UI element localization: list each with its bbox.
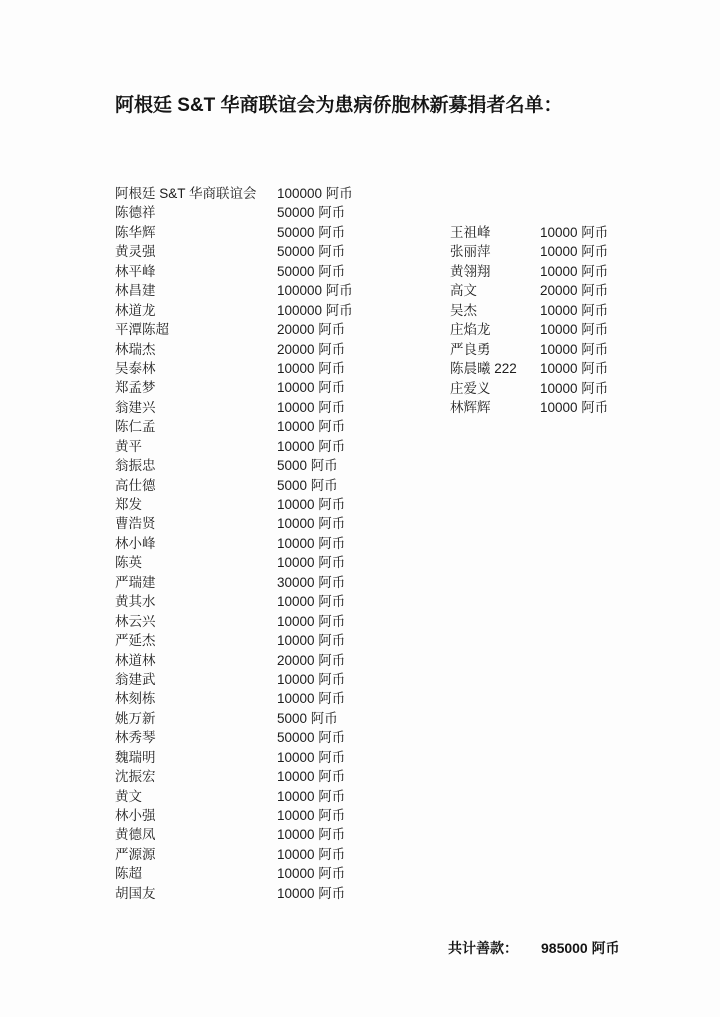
- donor-amount: 10000 阿币: [277, 592, 345, 611]
- donor-name: 陈华辉: [115, 223, 277, 242]
- donor-row: 黄翎翔10000 阿币: [450, 262, 680, 281]
- donor-amount: 20000 阿币: [277, 651, 345, 670]
- donor-row: 林瑞杰20000 阿币: [115, 340, 405, 359]
- donor-amount: 10000 阿币: [277, 670, 345, 689]
- donor-name: 林道林: [115, 651, 277, 670]
- total-amount: 985000 阿币: [541, 938, 620, 958]
- donor-row: 曹浩贤10000 阿币: [115, 514, 405, 533]
- donor-name: 林瑞杰: [115, 340, 277, 359]
- donor-amount: 30000 阿币: [277, 573, 345, 592]
- donor-row: 郑孟梦10000 阿币: [115, 378, 405, 397]
- donor-name: 庄爱义: [450, 379, 540, 398]
- donor-row: 吴杰10000 阿币: [450, 301, 680, 320]
- donor-row: 沈振宏10000 阿币: [115, 767, 405, 786]
- donor-amount: 10000 阿币: [540, 242, 608, 261]
- donor-name: 严延杰: [115, 631, 277, 650]
- donor-row: 张丽萍10000 阿币: [450, 242, 680, 261]
- donor-row: 严瑞建30000 阿币: [115, 573, 405, 592]
- donor-name: 吴泰林: [115, 359, 277, 378]
- donor-name: 林云兴: [115, 612, 277, 631]
- donor-name: 阿根廷 S&T 华商联谊会: [115, 184, 277, 203]
- donor-name: 严良勇: [450, 340, 540, 359]
- donor-row: 黄平10000 阿币: [115, 437, 405, 456]
- donor-name: 高仕德: [115, 476, 277, 495]
- donor-amount: 10000 阿币: [277, 689, 345, 708]
- donor-name: 陈晨曦 222: [450, 359, 540, 378]
- donor-name: 陈德祥: [115, 203, 277, 222]
- donor-row: 王祖峰10000 阿币: [450, 223, 680, 242]
- donor-amount: 5000 阿币: [277, 456, 338, 475]
- donor-amount: 5000 阿币: [277, 476, 338, 495]
- donor-amount: 10000 阿币: [277, 417, 345, 436]
- donor-amount: 10000 阿币: [540, 340, 608, 359]
- donor-amount: 50000 阿币: [277, 728, 345, 747]
- donor-name: 林道龙: [115, 301, 277, 320]
- donor-amount: 10000 阿币: [540, 359, 608, 378]
- donor-amount: 10000 阿币: [277, 748, 345, 767]
- donor-amount: 100000 阿币: [277, 184, 353, 203]
- donor-amount: 10000 阿币: [540, 379, 608, 398]
- donor-name: 魏瑞明: [115, 748, 277, 767]
- donor-name: 林秀琴: [115, 728, 277, 747]
- donor-amount: 10000 阿币: [277, 787, 345, 806]
- donor-row: 严源源10000 阿币: [115, 845, 405, 864]
- donor-row: 翁建兴10000 阿币: [115, 398, 405, 417]
- donor-row: 阿根廷 S&T 华商联谊会100000 阿币: [115, 184, 405, 203]
- donation-document: 阿根廷 S&T 华商联谊会为患病侨胞林新募捐者名单： 阿根廷 S&T 华商联谊会…: [0, 0, 720, 1017]
- donor-amount: 10000 阿币: [540, 320, 608, 339]
- donor-row: 林昌建100000 阿币: [115, 281, 405, 300]
- donor-name: 胡国友: [115, 884, 277, 903]
- donor-amount: 10000 阿币: [277, 806, 345, 825]
- donor-amount: 10000 阿币: [540, 301, 608, 320]
- donor-name: 高文: [450, 281, 540, 300]
- donor-name: 曹浩贤: [115, 514, 277, 533]
- donor-row: 林小峰10000 阿币: [115, 534, 405, 553]
- donor-name: 陈英: [115, 553, 277, 572]
- donor-amount: 50000 阿币: [277, 203, 345, 222]
- donor-row: 庄爱义10000 阿币: [450, 379, 680, 398]
- donor-name: 翁建武: [115, 670, 277, 689]
- donor-name: 黄德凤: [115, 825, 277, 844]
- donor-amount: 10000 阿币: [277, 631, 345, 650]
- donor-name: 郑孟梦: [115, 378, 277, 397]
- donor-name: 吴杰: [450, 301, 540, 320]
- donor-row: 郑发10000 阿币: [115, 495, 405, 514]
- donor-amount: 50000 阿币: [277, 242, 345, 261]
- donor-row: 林道林20000 阿币: [115, 651, 405, 670]
- donor-amount: 10000 阿币: [277, 825, 345, 844]
- donor-row: 林秀琴50000 阿币: [115, 728, 405, 747]
- page: { "page": { "title": "阿根廷 S&T 华商联谊会为患病侨胞…: [0, 0, 720, 1017]
- donor-amount: 5000 阿币: [277, 709, 338, 728]
- donor-name: 林平峰: [115, 262, 277, 281]
- donor-row: 庄焰龙10000 阿币: [450, 320, 680, 339]
- donor-amount: 10000 阿币: [277, 359, 345, 378]
- donor-name: 黄平: [115, 437, 277, 456]
- donor-list-left: 阿根廷 S&T 华商联谊会100000 阿币陈德祥50000 阿币陈华辉5000…: [115, 184, 405, 903]
- donor-amount: 100000 阿币: [277, 281, 353, 300]
- donor-name: 张丽萍: [450, 242, 540, 261]
- donor-amount: 10000 阿币: [540, 262, 608, 281]
- donor-amount: 10000 阿币: [277, 845, 345, 864]
- donor-amount: 10000 阿币: [540, 223, 608, 242]
- donor-name: 黄文: [115, 787, 277, 806]
- donor-row: 姚万新5000 阿币: [115, 709, 405, 728]
- donor-name: 王祖峰: [450, 223, 540, 242]
- donor-name: 严源源: [115, 845, 277, 864]
- donor-name: 陈仁孟: [115, 417, 277, 436]
- donor-row: 林云兴10000 阿币: [115, 612, 405, 631]
- donor-amount: 10000 阿币: [277, 398, 345, 417]
- donor-row: 翁建武10000 阿币: [115, 670, 405, 689]
- total-row: 共计善款： 985000 阿币: [448, 938, 620, 958]
- donor-row: 陈华辉50000 阿币: [115, 223, 405, 242]
- donor-amount: 20000 阿币: [540, 281, 608, 300]
- page-title: 阿根廷 S&T 华商联谊会为患病侨胞林新募捐者名单：: [115, 90, 563, 117]
- donor-row: 吴泰林10000 阿币: [115, 359, 405, 378]
- donor-amount: 10000 阿币: [540, 398, 608, 417]
- donor-row: 胡国友10000 阿币: [115, 884, 405, 903]
- donor-amount: 10000 阿币: [277, 534, 345, 553]
- donor-name: 林小峰: [115, 534, 277, 553]
- donor-row: 陈仁孟10000 阿币: [115, 417, 405, 436]
- donor-name: 黄翎翔: [450, 262, 540, 281]
- donor-name: 林小强: [115, 806, 277, 825]
- donor-row: 魏瑞明10000 阿币: [115, 748, 405, 767]
- donor-amount: 10000 阿币: [277, 612, 345, 631]
- donor-name: 平潭陈超: [115, 320, 277, 339]
- donor-name: 翁振忠: [115, 456, 277, 475]
- donor-row: 林刻栋10000 阿币: [115, 689, 405, 708]
- donor-row: 陈英10000 阿币: [115, 553, 405, 572]
- donor-amount: 10000 阿币: [277, 884, 345, 903]
- donor-row: 高文20000 阿币: [450, 281, 680, 300]
- donor-row: 黄德凤10000 阿币: [115, 825, 405, 844]
- donor-name: 黄灵强: [115, 242, 277, 261]
- donor-row: 翁振忠5000 阿币: [115, 456, 405, 475]
- donor-name: 严瑞建: [115, 573, 277, 592]
- donor-row: 高仕德5000 阿币: [115, 476, 405, 495]
- donor-row: 林辉辉10000 阿币: [450, 398, 680, 417]
- donor-name: 沈振宏: [115, 767, 277, 786]
- donor-name: 庄焰龙: [450, 320, 540, 339]
- total-label: 共计善款：: [448, 938, 541, 958]
- donor-amount: 10000 阿币: [277, 767, 345, 786]
- donor-name: 郑发: [115, 495, 277, 514]
- donor-name: 林昌建: [115, 281, 277, 300]
- donor-list-right: 王祖峰10000 阿币张丽萍10000 阿币黄翎翔10000 阿币高文20000…: [450, 223, 680, 417]
- donor-name: 翁建兴: [115, 398, 277, 417]
- donor-amount: 50000 阿币: [277, 262, 345, 281]
- donor-name: 姚万新: [115, 709, 277, 728]
- donor-name: 林辉辉: [450, 398, 540, 417]
- donor-amount: 50000 阿币: [277, 223, 345, 242]
- donor-row: 严良勇10000 阿币: [450, 340, 680, 359]
- donor-row: 陈德祥50000 阿币: [115, 203, 405, 222]
- donor-row: 林平峰50000 阿币: [115, 262, 405, 281]
- donor-row: 平潭陈超20000 阿币: [115, 320, 405, 339]
- donor-amount: 10000 阿币: [277, 437, 345, 456]
- donor-amount: 20000 阿币: [277, 340, 345, 359]
- donor-row: 黄其水10000 阿币: [115, 592, 405, 611]
- donor-row: 黄文10000 阿币: [115, 787, 405, 806]
- donor-amount: 10000 阿币: [277, 495, 345, 514]
- donor-amount: 10000 阿币: [277, 864, 345, 883]
- donor-row: 陈晨曦 22210000 阿币: [450, 359, 680, 378]
- donor-row: 严延杰10000 阿币: [115, 631, 405, 650]
- donor-name: 林刻栋: [115, 689, 277, 708]
- donor-amount: 10000 阿币: [277, 514, 345, 533]
- donor-row: 林道龙100000 阿币: [115, 301, 405, 320]
- donor-name: 黄其水: [115, 592, 277, 611]
- donor-name: 陈超: [115, 864, 277, 883]
- donor-row: 陈超10000 阿币: [115, 864, 405, 883]
- donor-amount: 10000 阿币: [277, 378, 345, 397]
- donor-amount: 20000 阿币: [277, 320, 345, 339]
- donor-row: 林小强10000 阿币: [115, 806, 405, 825]
- donor-amount: 10000 阿币: [277, 553, 345, 572]
- donor-row: 黄灵强50000 阿币: [115, 242, 405, 261]
- donor-amount: 100000 阿币: [277, 301, 353, 320]
